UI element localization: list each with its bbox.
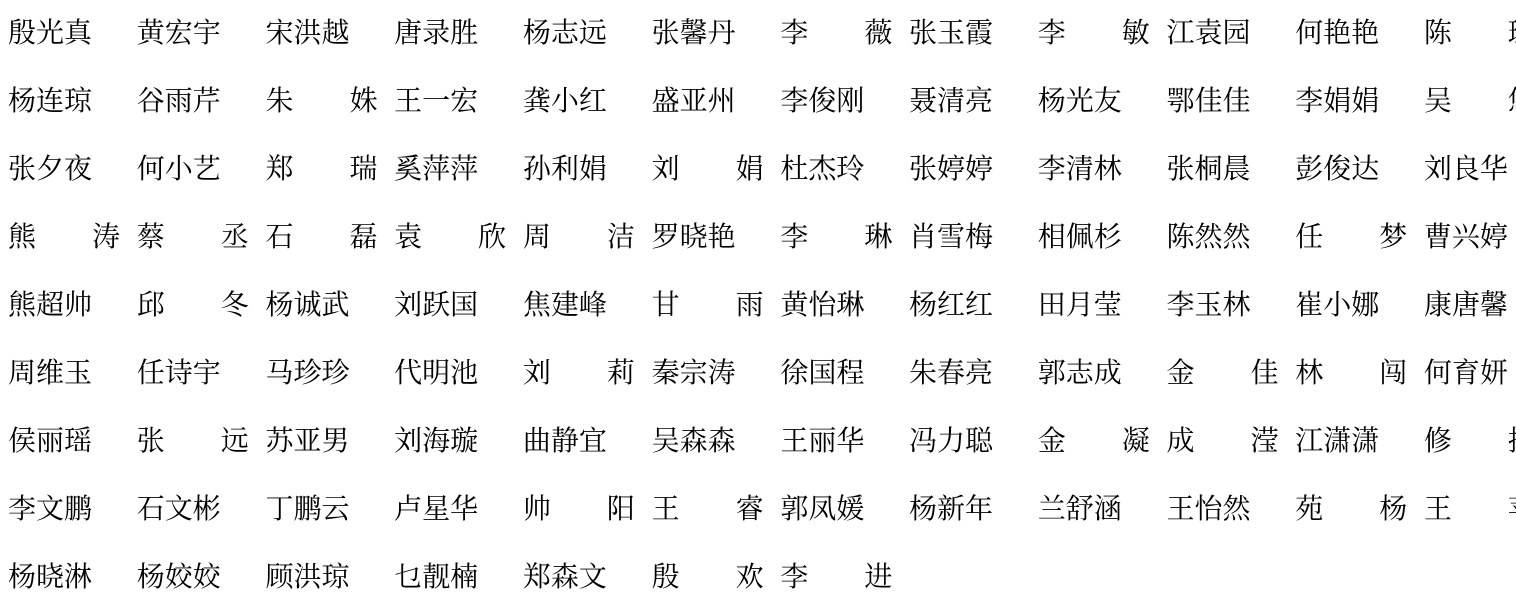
person-name: 王丽华 xyxy=(780,428,864,456)
person-name: 石 磊 xyxy=(265,224,349,252)
person-name: 何育妍 xyxy=(1424,360,1508,388)
person-name: 代明池 xyxy=(394,360,478,388)
person-name: 李 薇 xyxy=(780,20,864,48)
person-name: 徐国程 xyxy=(780,360,864,388)
person-name: 康唐馨 xyxy=(1424,292,1508,320)
person-name: 顾洪琼 xyxy=(265,564,349,592)
person-name: 李清林 xyxy=(1038,156,1122,184)
person-name: 聂清亮 xyxy=(909,88,993,116)
person-name: 刘跃国 xyxy=(394,292,478,320)
person-name: 周 洁 xyxy=(523,224,607,252)
person-name: 相佩杉 xyxy=(1038,224,1122,252)
person-name: 吴森森 xyxy=(652,428,736,456)
name-row: 熊超帅邱 冬杨诚武刘跃国焦建峰甘 雨黄怡琳杨红红田月莹李玉林崔小娜康唐馨 xyxy=(0,272,1516,340)
person-name: 郑森文 xyxy=(523,564,607,592)
person-name: 黄宏宇 xyxy=(137,20,221,48)
person-name: 石文彬 xyxy=(137,496,221,524)
person-name: 李 进 xyxy=(780,564,864,592)
name-roster: 殷光真黄宏宇宋洪越唐录胜杨志远张馨丹李 薇张玉霞李 敏江袁园何艳艳陈 璐杨连琼谷… xyxy=(0,0,1516,612)
person-name: 杨新年 xyxy=(909,496,993,524)
person-name: 罗晓艳 xyxy=(652,224,736,252)
person-name: 奚萍萍 xyxy=(394,156,478,184)
person-name: 杨红红 xyxy=(909,292,993,320)
name-row: 侯丽瑶张 远苏亚男刘海璇曲静宜吴森森王丽华冯力聪金 凝成 滢江潇潇修 振 xyxy=(0,408,1516,476)
person-name: 郭志成 xyxy=(1038,360,1122,388)
person-name: 金 凝 xyxy=(1038,428,1122,456)
person-name: 马珍珍 xyxy=(265,360,349,388)
person-name: 彭俊达 xyxy=(1295,156,1379,184)
person-name: 朱春亮 xyxy=(909,360,993,388)
person-name: 田月莹 xyxy=(1038,292,1122,320)
person-name: 黄怡琳 xyxy=(780,292,864,320)
person-name: 冯力聪 xyxy=(909,428,993,456)
person-name: 杨诚武 xyxy=(265,292,349,320)
person-name: 李俊刚 xyxy=(780,88,864,116)
person-name: 蔡 丞 xyxy=(137,224,221,252)
person-name: 郑 瑞 xyxy=(265,156,349,184)
person-name: 熊超帅 xyxy=(8,292,92,320)
person-name: 殷 欢 xyxy=(652,564,736,592)
person-name: 任 梦 xyxy=(1295,224,1379,252)
person-name: 杜杰玲 xyxy=(780,156,864,184)
person-name: 袁 欣 xyxy=(394,224,478,252)
person-name: 肖雪梅 xyxy=(909,224,993,252)
person-name: 苑 杨 xyxy=(1295,496,1379,524)
person-name: 谷雨芹 xyxy=(137,88,221,116)
person-name: 李 敏 xyxy=(1038,20,1122,48)
person-name: 兰舒涵 xyxy=(1038,496,1122,524)
person-name: 曲静宜 xyxy=(523,428,607,456)
person-name: 焦建峰 xyxy=(523,292,607,320)
person-name: 帅 阳 xyxy=(523,496,607,524)
person-name: 王 睿 xyxy=(652,496,736,524)
person-name: 杨连琼 xyxy=(8,88,92,116)
person-name: 江袁园 xyxy=(1166,20,1250,48)
person-name: 乜靓楠 xyxy=(394,564,478,592)
name-row: 张夕夜何小艺郑 瑞奚萍萍孙利娟刘 娟杜杰玲张婷婷李清林张桐晨彭俊达刘良华 xyxy=(0,136,1516,204)
person-name: 张玉霞 xyxy=(909,20,993,48)
person-name: 任诗宇 xyxy=(137,360,221,388)
person-name: 江潇潇 xyxy=(1295,428,1379,456)
person-name: 陈然然 xyxy=(1166,224,1250,252)
person-name: 张夕夜 xyxy=(8,156,92,184)
name-row: 殷光真黄宏宇宋洪越唐录胜杨志远张馨丹李 薇张玉霞李 敏江袁园何艳艳陈 璐 xyxy=(0,0,1516,68)
person-name: 鄂佳佳 xyxy=(1166,88,1250,116)
person-name: 朱 姝 xyxy=(265,88,349,116)
person-name: 王一宏 xyxy=(394,88,478,116)
person-name: 陈 璐 xyxy=(1424,20,1508,48)
person-name: 郭凤媛 xyxy=(780,496,864,524)
person-name: 张桐晨 xyxy=(1166,156,1250,184)
person-name: 侯丽瑶 xyxy=(8,428,92,456)
name-row: 李文鹏石文彬丁鹏云卢星华帅 阳王 睿郭凤媛杨新年兰舒涵王怡然苑 杨王 苹 xyxy=(0,476,1516,544)
person-name: 李玉林 xyxy=(1166,292,1250,320)
person-name: 孙利娟 xyxy=(523,156,607,184)
person-name: 金 佳 xyxy=(1166,360,1250,388)
person-name: 何艳艳 xyxy=(1295,20,1379,48)
person-name: 李文鹏 xyxy=(8,496,92,524)
person-name: 邱 冬 xyxy=(137,292,221,320)
person-name: 崔小娜 xyxy=(1295,292,1379,320)
person-name: 苏亚男 xyxy=(265,428,349,456)
person-name: 张婷婷 xyxy=(909,156,993,184)
person-name: 刘良华 xyxy=(1424,156,1508,184)
person-name: 杨姣姣 xyxy=(137,564,221,592)
name-row: 杨晓淋杨姣姣顾洪琼乜靓楠郑森文殷 欢李 进 xyxy=(0,544,1516,612)
person-name: 林 闯 xyxy=(1295,360,1379,388)
person-name: 曹兴婷 xyxy=(1424,224,1508,252)
person-name: 成 滢 xyxy=(1166,428,1250,456)
person-name: 卢星华 xyxy=(394,496,478,524)
person-name: 秦宗涛 xyxy=(652,360,736,388)
person-name: 王怡然 xyxy=(1166,496,1250,524)
name-row: 杨连琼谷雨芹朱 姝王一宏龚小红盛亚州李俊刚聂清亮杨光友鄂佳佳李娟娟吴 悠 xyxy=(0,68,1516,136)
person-name: 刘 莉 xyxy=(523,360,607,388)
person-name: 杨志远 xyxy=(523,20,607,48)
person-name: 张 远 xyxy=(137,428,221,456)
person-name: 熊 涛 xyxy=(8,224,92,252)
person-name: 李娟娟 xyxy=(1295,88,1379,116)
person-name: 刘 娟 xyxy=(652,156,736,184)
person-name: 杨晓淋 xyxy=(8,564,92,592)
person-name: 李 琳 xyxy=(780,224,864,252)
person-name: 修 振 xyxy=(1424,428,1508,456)
name-row: 周维玉任诗宇马珍珍代明池刘 莉秦宗涛徐国程朱春亮郭志成金 佳林 闯何育妍 xyxy=(0,340,1516,408)
person-name: 王 苹 xyxy=(1424,496,1508,524)
person-name: 甘 雨 xyxy=(652,292,736,320)
person-name: 殷光真 xyxy=(8,20,92,48)
person-name: 宋洪越 xyxy=(265,20,349,48)
person-name: 张馨丹 xyxy=(652,20,736,48)
name-row: 熊 涛蔡 丞石 磊袁 欣周 洁罗晓艳李 琳肖雪梅相佩杉陈然然任 梦曹兴婷 xyxy=(0,204,1516,272)
person-name: 周维玉 xyxy=(8,360,92,388)
person-name: 吴 悠 xyxy=(1424,88,1508,116)
person-name: 龚小红 xyxy=(523,88,607,116)
person-name: 唐录胜 xyxy=(394,20,478,48)
person-name: 杨光友 xyxy=(1038,88,1122,116)
person-name: 何小艺 xyxy=(137,156,221,184)
person-name: 丁鹏云 xyxy=(265,496,349,524)
person-name: 刘海璇 xyxy=(394,428,478,456)
person-name: 盛亚州 xyxy=(652,88,736,116)
